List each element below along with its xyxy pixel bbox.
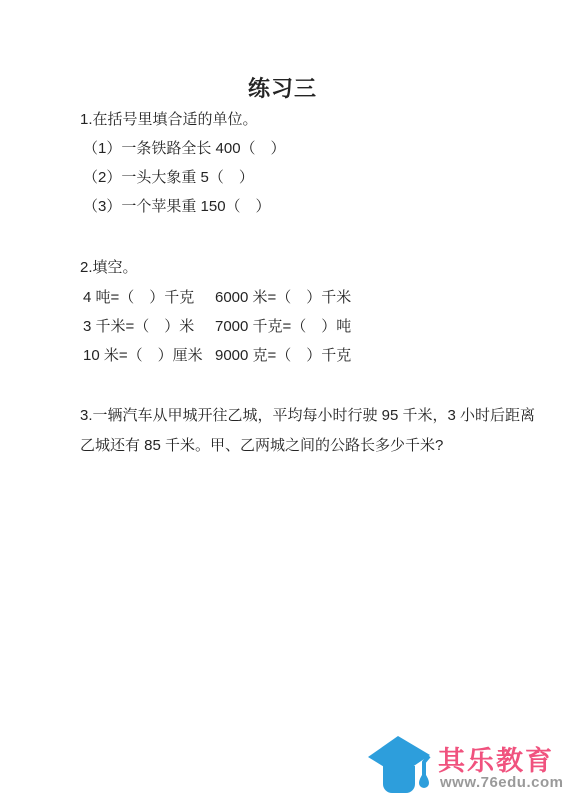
brand-name: 其乐教育: [438, 739, 554, 778]
worksheet-page: 练习三 1.在括号里填合适的单位。 （1）一条铁路全长 400（ ） （2）一头…: [0, 0, 565, 800]
q2-row-2-right: 7000 千克=（ ）吨: [215, 317, 351, 336]
q2-row-3-left: 10 米=（ ）厘米: [83, 346, 215, 365]
q2-row-3: 10 米=（ ）厘米 9000 克=（ ）千克: [83, 346, 351, 365]
graduation-cap-icon: [366, 736, 438, 799]
q1-header: 1.在括号里填合适的单位。: [80, 110, 258, 129]
q2-row-1: 4 吨=（ ）千克 6000 米=（ ）千米: [83, 288, 351, 307]
q2-row-1-left: 4 吨=（ ）千克: [83, 288, 215, 307]
q1-item-3: （3）一个苹果重 150（ ）: [83, 197, 271, 216]
q2-row-2: 3 千米=（ ）米 7000 千克=（ ）吨: [83, 317, 351, 336]
q3-line-2: 乙城还有 85 千米。甲、乙两城之间的公路长多少千米?: [80, 436, 443, 455]
q2-row-3-right: 9000 克=（ ）千克: [215, 346, 351, 365]
q2-header: 2.填空。: [80, 258, 138, 277]
brand-website: www.76edu.com: [440, 774, 563, 791]
q3-line-1: 3.一辆汽车从甲城开往乙城，平均每小时行驶 95 千米，3 小时后距离: [80, 406, 535, 425]
q1-item-2: （2）一头大象重 5（ ）: [83, 168, 254, 187]
q1-item-1: （1）一条铁路全长 400（ ）: [83, 139, 286, 158]
worksheet-title: 练习三: [0, 72, 565, 103]
brand-logo: 其乐教育 www.76edu.com: [366, 736, 565, 796]
q2-row-2-left: 3 千米=（ ）米: [83, 317, 215, 336]
q2-row-1-right: 6000 米=（ ）千米: [215, 288, 351, 307]
